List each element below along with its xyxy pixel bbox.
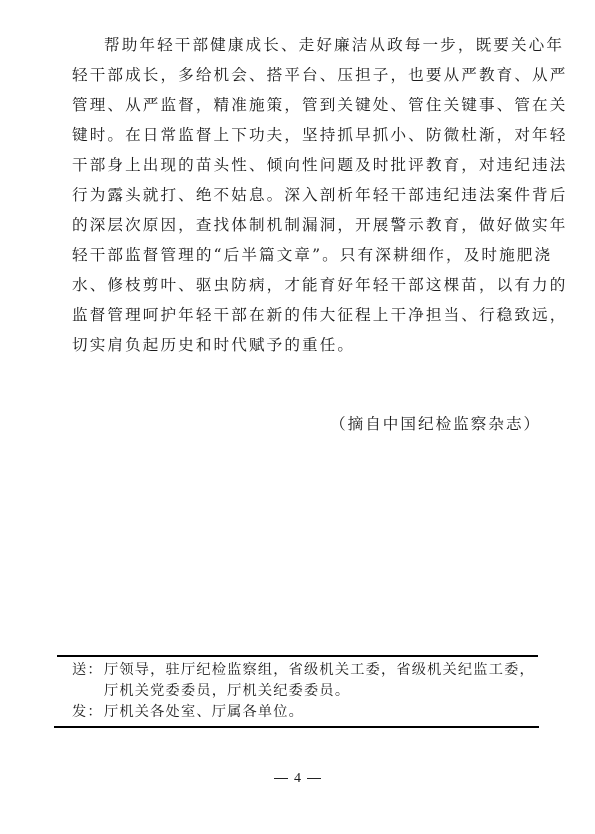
paragraph-line: 轻干部监督管理的“后半篇文章”。只有深耕细作，及时施肥浇 [72, 240, 524, 270]
dash-left [274, 778, 288, 779]
paragraph-line: 监督管理呵护年轻干部在新的伟大征程上干净担当、行稳致远， [72, 300, 524, 330]
send-recipients-line2: 厅机关党委委员，厅机关纪委委员。 [104, 683, 350, 699]
paragraph-line: 键时。在日常监督上下功夫，坚持抓早抓小、防微杜渐，对年轻 [72, 120, 524, 150]
issue-recipients: 厅机关各处室、厅属各单位。 [104, 704, 304, 720]
issue-label: 发： [72, 702, 104, 723]
article-body: 帮助年轻干部健康成长、走好廉洁从政每一步，既要关心年 轻干部成长，多给机会、搭平… [72, 30, 524, 360]
distribution-bottom-rule [54, 726, 539, 728]
distribution-block: 送：厅领导，驻厅纪检监察组，省级机关工委，省级机关纪监工委， 厅机关党委委员，厅… [72, 660, 542, 723]
paragraph-line: 切实肩负起历史和时代赋予的重任。 [72, 330, 524, 360]
send-recipients-line1: 厅领导，驻厅纪检监察组，省级机关工委，省级机关纪监工委， [104, 662, 535, 678]
document-page: 帮助年轻干部健康成长、走好廉洁从政每一步，既要关心年 轻干部成长，多给机会、搭平… [0, 0, 595, 834]
paragraph-line: 的深层次原因，查找体制机制漏洞，开展警示教育，做好做实年 [72, 210, 524, 240]
issue-row: 发：厅机关各处室、厅属各单位。 [72, 702, 542, 723]
paragraph-line: 行为露头就打、绝不姑息。深入剖析年轻干部违纪违法案件背后 [72, 180, 524, 210]
paragraph-line: 水、修枝剪叶、驱虫防病，才能育好年轻干部这棵苗，以有力的 [72, 270, 524, 300]
send-row-continued: 厅机关党委委员，厅机关纪委委员。 [72, 681, 542, 702]
send-label: 送： [72, 660, 104, 681]
page-number: 4 [0, 771, 595, 787]
paragraph-line: 干部身上出现的苗头性、倾向性问题及时批评教育，对违纪违法 [72, 150, 524, 180]
paragraph-line: 管理、从严监督，精准施策，管到关键处、管住关键事、管在关 [72, 90, 524, 120]
paragraph-line: 帮助年轻干部健康成长、走好廉洁从政每一步，既要关心年 [72, 30, 524, 60]
source-attribution: （摘自中国纪检监察杂志） [330, 412, 541, 434]
page-number-value: 4 [294, 771, 301, 786]
paragraph-line: 轻干部成长，多给机会、搭平台、压担子，也要从严教育、从严 [72, 60, 524, 90]
dash-right [307, 778, 321, 779]
send-row: 送：厅领导，驻厅纪检监察组，省级机关工委，省级机关纪监工委， [72, 660, 542, 681]
distribution-top-rule [57, 655, 538, 657]
